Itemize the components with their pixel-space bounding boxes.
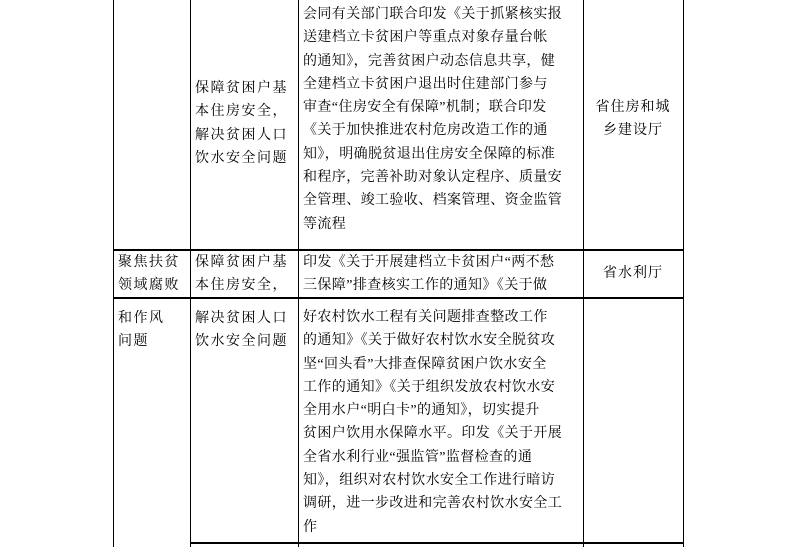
table-border-vertical-col1-col2	[190, 0, 191, 547]
table-border-vertical-col2-col3	[298, 0, 299, 547]
document-page: 保障贫困户基 本住房安全， 解决贫困人口 饮水安全问题 会同有关部门联合印发《关…	[0, 0, 793, 547]
cell-row3-task: 解决贫困人口 饮水安全问题	[195, 307, 295, 354]
cell-row2-department: 省水利厅	[584, 262, 682, 285]
cell-row1-measures: 会同有关部门联合印发《关于抓紧核实报 送建档立卡贫困户等重点对象存量台帐 的通知…	[303, 3, 583, 236]
cell-row2-measures: 印发《关于开展建档立卡贫困户“两不愁 三保障”排查核实工作的通知》《关于做	[303, 251, 583, 298]
table-border-horizontal-bottom	[190, 542, 684, 544]
table-border-vertical-right	[683, 0, 684, 547]
cell-row3-focus-area: 和作风 问题	[118, 307, 188, 354]
cell-row2-focus-area: 聚焦扶贫 领域腐败	[118, 251, 188, 298]
cell-row1-task: 保障贫困户基 本住房安全， 解决贫困人口 饮水安全问题	[195, 77, 295, 170]
cell-row2-task: 保障贫困户基 本住房安全，	[195, 251, 295, 298]
table-border-vertical-left	[113, 0, 114, 547]
cell-row3-measures: 好农村饮水工程有关问题排查整改工作 的通知》《关于做好农村饮水安全脱贫攻 坚“回…	[303, 306, 583, 539]
cell-row1-department: 省住房和城 乡建设厅	[584, 96, 682, 143]
